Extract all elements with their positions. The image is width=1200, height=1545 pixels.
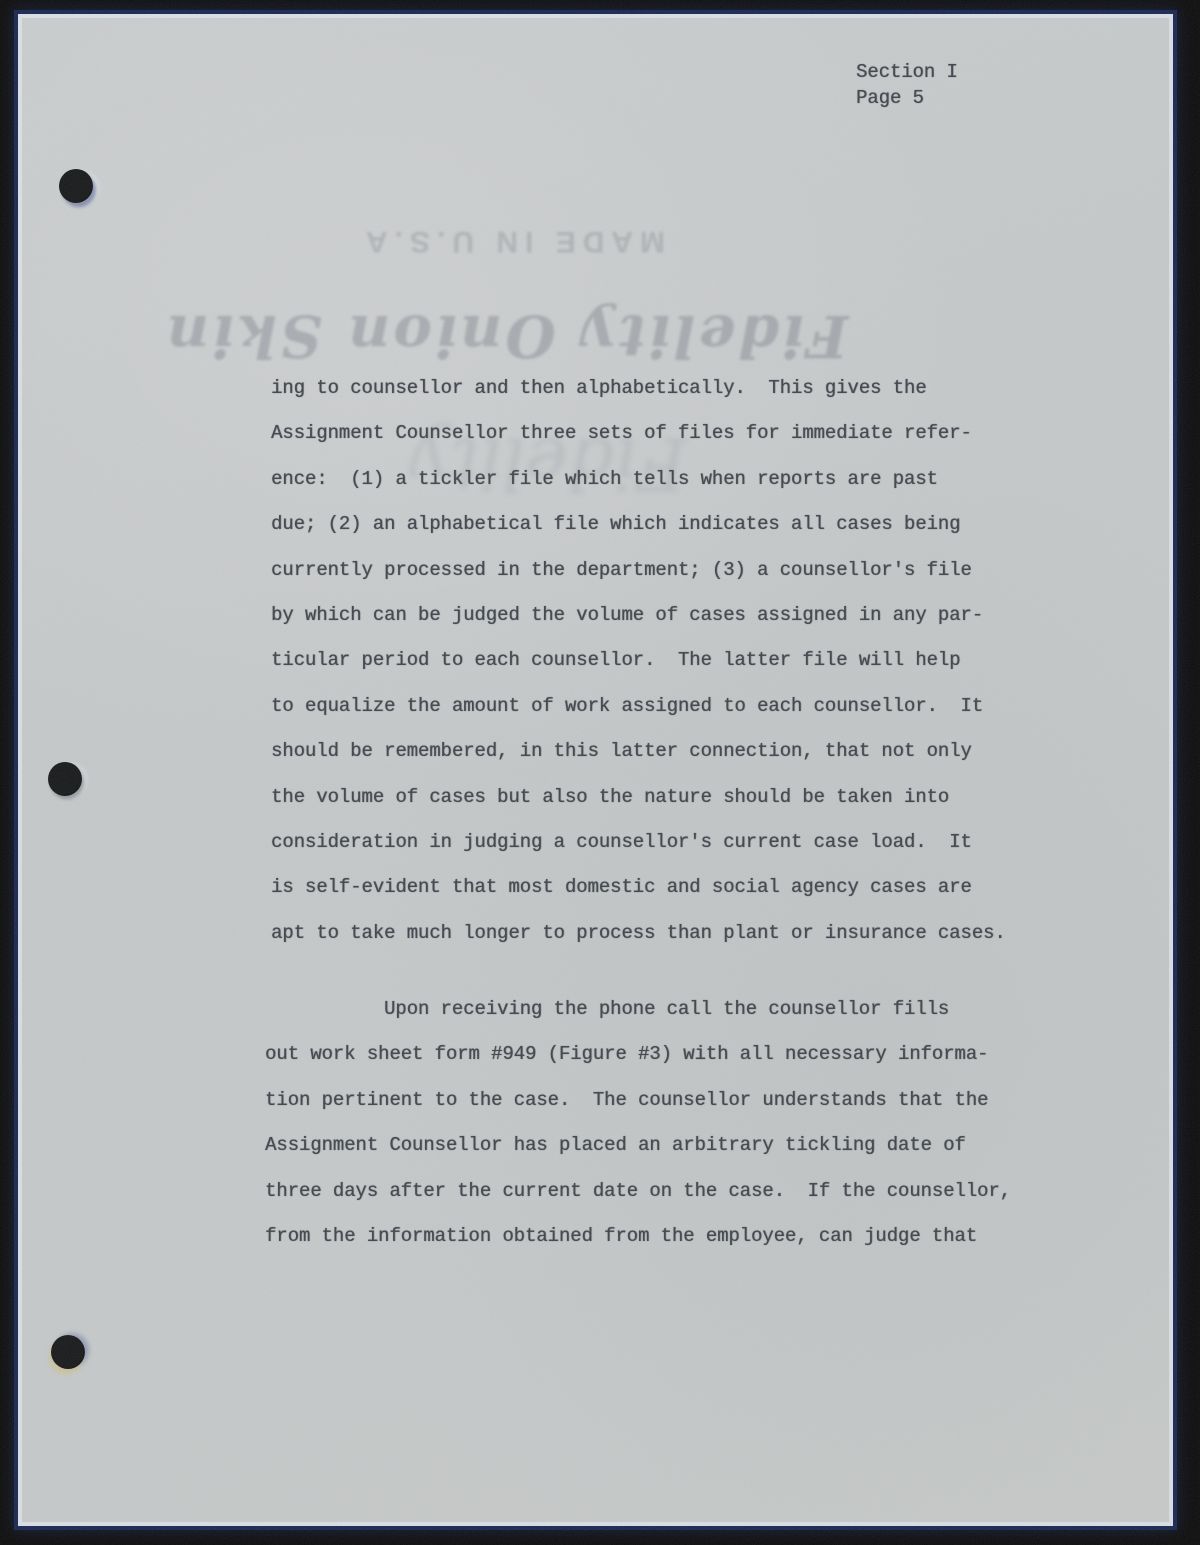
- watermark-brand-onion-skin: Fidelity Onion Skin: [138, 302, 874, 370]
- text-line: Assignment Counsellor has placed an arbi…: [265, 1123, 1011, 1168]
- watermark-made-in-usa: MADE IN U.S.A: [300, 224, 724, 258]
- text-line: consideration in judging a counsellor's …: [271, 820, 1006, 865]
- text-line: three days after the current date on the…: [265, 1169, 1011, 1214]
- paragraph-2: Upon receiving the phone call the counse…: [265, 987, 1011, 1259]
- text-line: tion pertinent to the case. The counsell…: [265, 1078, 1011, 1123]
- text-line: ing to counsellor and then alphabeticall…: [271, 366, 1006, 411]
- text-line: currently processed in the department; (…: [271, 548, 1006, 593]
- page-header: Section I Page 5: [856, 59, 958, 111]
- page-number-label: Page 5: [856, 85, 958, 111]
- text-line: ticular period to each counsellor. The l…: [271, 638, 1006, 683]
- text-line: out work sheet form #949 (Figure #3) wit…: [265, 1032, 1011, 1077]
- text-line: Upon receiving the phone call the counse…: [265, 987, 1011, 1032]
- document-page: Section I Page 5 MADE IN U.S.A Fidelity …: [14, 10, 1177, 1530]
- text-line: Assignment Counsellor three sets of file…: [271, 411, 1006, 456]
- text-line: the volume of cases but also the nature …: [271, 775, 1006, 820]
- text-line: by which can be judged the volume of cas…: [271, 593, 1006, 638]
- text-line: ence: (1) a tickler file which tells whe…: [271, 457, 1006, 502]
- text-line: apt to take much longer to process than …: [271, 911, 1006, 956]
- text-line: is self-evident that most domestic and s…: [271, 865, 1006, 910]
- punch-hole-bottom: [51, 1335, 85, 1369]
- text-line: due; (2) an alphabetical file which indi…: [271, 502, 1006, 547]
- text-line: from the information obtained from the e…: [265, 1214, 1011, 1259]
- punch-hole-middle: [48, 762, 82, 796]
- paragraph-1: ing to counsellor and then alphabeticall…: [271, 366, 1006, 956]
- punch-hole-top: [59, 169, 93, 203]
- text-line: should be remembered, in this latter con…: [271, 729, 1006, 774]
- scan-background: { "document": { "header": { "section": "…: [0, 0, 1200, 1545]
- section-label: Section I: [856, 59, 958, 85]
- text-line: to equalize the amount of work assigned …: [271, 684, 1006, 729]
